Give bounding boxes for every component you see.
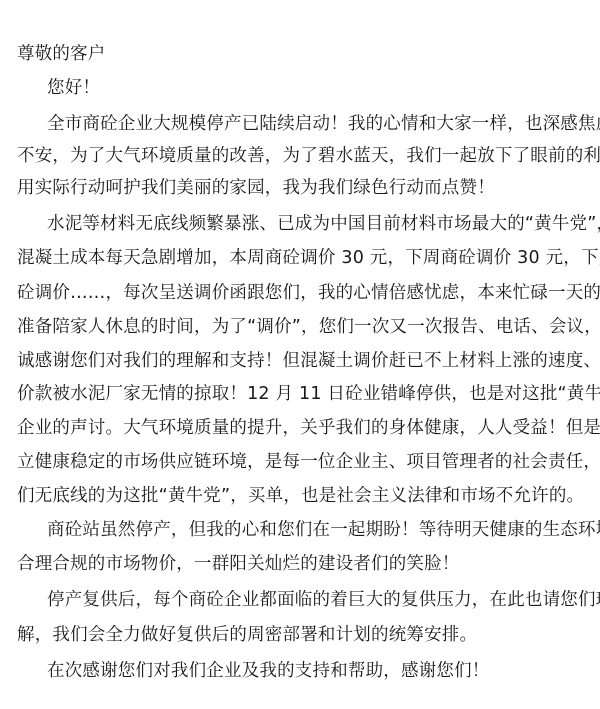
paragraph-2-line-4: 准备陪家人休息的时间，为了“调价”，您们一次又一次报告、电话、会议，真 — [17, 316, 600, 338]
paragraph-2-line-6: 价款被水泥厂家无情的掠取！12 月 11 日砼业错峰停供，也是对这批“黄牛党” — [17, 383, 600, 405]
letter-document: 尊敬的客户 您好！ 全市商砼企业大规模停产已陆续启动！我的心情和大家一样，也深感… — [0, 0, 600, 709]
greeting: 您好！ — [47, 77, 100, 99]
salutation: 尊敬的客户 — [17, 43, 106, 65]
paragraph-4-line-1: 停产复供后，每个商砼企业都面临的着巨大的复供压力，在此也请您们理 — [47, 589, 600, 611]
paragraph-1-line-3: 用实际行动呵护我们美丽的家园，我为我们绿色行动而点赞！ — [17, 177, 495, 199]
paragraph-1-line-1: 全市商砼企业大规模停产已陆续启动！我的心情和大家一样，也深感焦虑 — [47, 113, 600, 135]
paragraph-2-line-3: 砼调价……，每次呈送调价函跟您们，我的心情倍感忧虑，本来忙碌一天的您 — [17, 282, 600, 304]
paragraph-2-line-7: 企业的声讨。大气环境质量的提升，关乎我们的身体健康，人人受益！但是树 — [17, 417, 600, 439]
paragraph-4-line-2: 解，我们会全力做好复供后的周密部署和计划的统筹安排。 — [17, 624, 477, 646]
paragraph-1-line-2: 不安，为了大气环境质量的改善，为了碧水蓝天，我们一起放下了眼前的利益， — [17, 145, 600, 167]
paragraph-2-line-8: 立健康稳定的市场供应链环境，是每一位企业主、项目管理者的社会责任，我 — [17, 451, 600, 473]
paragraph-2-line-9: 们无底线的为这批“黄牛党”，买单，也是社会主义法律和市场不允许的。 — [17, 485, 584, 507]
paragraph-3-line-1: 商砼站虽然停产，但我的心和您们在一起期盼！等待明天健康的生态环境， — [47, 519, 600, 541]
paragraph-2-line-2: 混凝土成本每天急剧增加，本周商砼调价 30 元，下周商砼调价 30 元，下月商 — [17, 247, 600, 269]
paragraph-2-line-5: 诚感谢您们对我们的理解和支持！但混凝土调价赶已不上材料上涨的速度、调 — [17, 350, 600, 372]
paragraph-3-line-2: 合理合规的市场物价，一群阳关灿烂的建设者们的笑脸！ — [17, 553, 460, 575]
paragraph-5-line-1: 在次感谢您们对我们企业及我的支持和帮助，感谢您们！ — [47, 660, 490, 682]
paragraph-2-line-1: 水泥等材料无底线频繁暴涨、已成为中国目前材料市场最大的“黄牛党”， — [47, 213, 600, 235]
